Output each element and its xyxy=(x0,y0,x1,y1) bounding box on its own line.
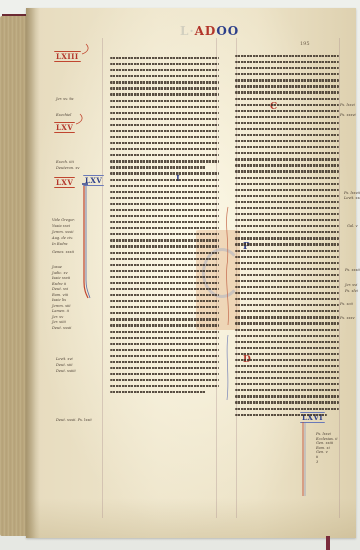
folio-number: 195 xyxy=(300,41,310,47)
marginal-gloss: Ezechiel xyxy=(56,113,71,118)
text-line xyxy=(235,85,339,87)
text-line xyxy=(235,189,339,191)
left-bottom-gloss: Deut. xxxii. Ps. lxxii xyxy=(56,418,92,423)
text-line xyxy=(110,245,219,247)
text-line xyxy=(110,215,219,217)
text-line xyxy=(235,292,339,294)
text-line xyxy=(235,298,339,300)
text-line xyxy=(110,81,219,83)
text-line xyxy=(110,142,219,144)
text-line xyxy=(110,154,219,156)
marginal-gloss: Jer. xvi xyxy=(345,283,357,288)
text-line xyxy=(110,343,219,345)
text-line xyxy=(110,63,219,65)
marginal-gloss: Vide Gregor. xyxy=(52,218,75,223)
text-line xyxy=(235,146,339,148)
text-line xyxy=(235,79,339,81)
gutter-shadow xyxy=(26,8,40,538)
text-line xyxy=(235,73,339,75)
text-line xyxy=(235,122,339,124)
text-line xyxy=(110,258,219,260)
text-line xyxy=(110,75,219,77)
text-line xyxy=(235,401,339,403)
marginal-gloss: Esdre ii xyxy=(52,282,66,287)
marginal-gloss: Deut. xxiiii xyxy=(56,369,76,374)
text-line xyxy=(235,152,339,154)
text-line xyxy=(235,353,339,355)
text-line xyxy=(235,286,339,288)
text-line xyxy=(110,69,219,71)
text-line xyxy=(235,365,339,367)
blue-red-border-flourish-icon xyxy=(300,420,308,500)
text-line xyxy=(110,221,219,223)
text-line xyxy=(110,318,219,320)
text-line xyxy=(235,231,339,233)
text-line xyxy=(235,310,339,312)
text-line xyxy=(110,331,219,333)
right-bottom-marginal-note: Ps. lxxviEcclesias. iiGen. xxiiiRom. xiG… xyxy=(316,432,338,464)
text-line xyxy=(110,312,219,314)
text-line xyxy=(235,250,339,252)
penwork-initial-flourish-icon xyxy=(76,182,96,302)
chapter-number-lxv: LXV xyxy=(54,177,75,188)
text-line xyxy=(235,183,339,185)
text-line xyxy=(235,316,339,318)
marginal-gloss: Deut. xxxii xyxy=(52,326,71,331)
marginal-gloss: Ps. lxxvi xyxy=(340,103,355,108)
marginal-gloss: Isaie lix xyxy=(52,298,66,303)
text-line xyxy=(110,276,219,278)
text-line xyxy=(235,395,339,397)
text-line xyxy=(235,67,339,69)
text-line xyxy=(110,337,219,339)
text-line xyxy=(235,207,339,209)
text-line xyxy=(110,118,219,120)
marginal-gloss: Jerem. xxxii xyxy=(52,230,73,235)
text-line xyxy=(235,243,339,245)
marginal-gloss: Rom. viii xyxy=(52,293,68,298)
text-line xyxy=(110,252,219,254)
running-header: L·ADOO xyxy=(180,24,239,38)
text-line xyxy=(235,359,339,361)
text-line xyxy=(110,361,219,363)
text-line xyxy=(235,195,339,197)
text-line xyxy=(110,264,219,266)
text-line xyxy=(235,280,339,282)
text-line xyxy=(110,112,219,114)
red-flourish-icon xyxy=(74,112,88,126)
marginal-gloss: Josue xyxy=(52,265,62,270)
marginal-gloss: Ps. xxxiii xyxy=(345,268,360,273)
text-line xyxy=(110,160,219,162)
text-line xyxy=(110,355,219,357)
text-line xyxy=(235,177,339,179)
text-line xyxy=(110,324,219,326)
book-fore-edge xyxy=(0,16,28,536)
text-line xyxy=(235,110,339,112)
header-blue-letters: OO xyxy=(216,24,239,38)
marginal-gloss: Ezech. iiii xyxy=(56,160,74,165)
text-line xyxy=(235,213,339,215)
text-line xyxy=(110,379,219,381)
leaf-lower-shading xyxy=(26,498,356,538)
marginal-gloss: Ps. xxxv xyxy=(340,316,355,321)
ruling-line xyxy=(102,38,103,518)
marginal-gloss: Ysaia xxvi xyxy=(52,224,70,229)
text-line xyxy=(235,116,339,118)
text-line xyxy=(110,106,219,108)
text-line xyxy=(235,371,339,373)
text-line xyxy=(235,268,339,270)
marginal-gloss: Deut. xiii xyxy=(56,363,73,368)
text-line xyxy=(110,179,219,181)
red-flourish-icon xyxy=(80,42,94,56)
marginal-gloss: Gal. v xyxy=(347,224,357,229)
text-line xyxy=(235,274,339,276)
text-line xyxy=(235,134,339,136)
text-line xyxy=(235,55,339,57)
text-line xyxy=(110,233,219,235)
marginal-gloss: Judic. xv xyxy=(52,271,68,276)
text-line xyxy=(235,408,339,410)
text-line xyxy=(110,349,219,351)
marginal-gloss: Jer. xiiii xyxy=(52,320,66,325)
marginal-gloss: Isaie xxvii xyxy=(52,276,70,281)
text-line xyxy=(110,197,219,199)
ribbon-marker xyxy=(326,536,330,550)
header-red-letters: AD xyxy=(195,24,217,38)
text-line xyxy=(110,367,219,369)
text-line xyxy=(110,130,219,132)
text-line xyxy=(235,347,339,349)
chapter-number-lxiii: LXIII xyxy=(54,51,81,62)
text-line xyxy=(235,164,339,166)
text-line xyxy=(110,136,219,138)
text-line xyxy=(235,389,339,391)
text-line xyxy=(110,100,219,102)
text-line xyxy=(235,329,339,331)
text-line xyxy=(110,300,219,302)
text-line xyxy=(235,140,339,142)
marginal-gloss: Jer. xv. 9a xyxy=(56,97,74,102)
text-line xyxy=(110,209,219,211)
text-line xyxy=(235,201,339,203)
text-line xyxy=(110,391,206,393)
marginal-gloss: Levit. xvi xyxy=(56,357,73,362)
marginal-gloss: In Esdra xyxy=(52,242,68,247)
text-line xyxy=(235,335,339,337)
marginal-gloss: Ps. xxxvi xyxy=(340,113,356,118)
text-line xyxy=(235,377,339,379)
text-line xyxy=(235,219,339,221)
text-line xyxy=(110,57,219,59)
text-line xyxy=(235,414,327,416)
text-line xyxy=(110,270,219,272)
text-line xyxy=(235,158,339,160)
text-line xyxy=(235,104,339,106)
marginal-gloss: Ps. xcii xyxy=(340,302,353,307)
text-line xyxy=(235,225,339,227)
text-line xyxy=(110,87,219,89)
text-line xyxy=(235,304,339,306)
text-line xyxy=(235,237,339,239)
marginal-gloss: Jerem. xiii xyxy=(52,304,71,309)
text-line xyxy=(110,203,219,205)
text-line xyxy=(110,124,219,126)
text-line xyxy=(110,93,219,95)
text-line xyxy=(235,98,339,100)
text-line xyxy=(235,341,339,343)
text-line xyxy=(110,172,219,174)
text-line xyxy=(110,385,219,387)
marginal-gloss: Jer. xv xyxy=(52,315,63,320)
text-line xyxy=(110,288,219,290)
text-line xyxy=(235,170,339,172)
text-line xyxy=(110,294,219,296)
text-line xyxy=(235,256,339,258)
marginal-gloss: Deut. xvi xyxy=(52,287,68,292)
text-line xyxy=(110,185,219,187)
column-divider-penwork-icon xyxy=(222,205,234,405)
text-line xyxy=(110,166,206,168)
marginal-gloss: Aug. de civ. xyxy=(52,236,73,241)
text-line xyxy=(110,282,219,284)
text-line xyxy=(235,322,339,324)
marginal-note-line: 3 xyxy=(316,460,338,465)
text-line xyxy=(110,306,219,308)
text-column-left xyxy=(110,57,219,397)
text-line xyxy=(235,61,339,63)
ruling-line xyxy=(339,38,340,518)
text-line xyxy=(110,239,219,241)
marginal-gloss: Levit. xxii xyxy=(344,196,360,201)
text-line xyxy=(235,128,339,130)
text-line xyxy=(110,227,219,229)
text-line xyxy=(110,191,219,193)
text-line xyxy=(110,373,219,375)
chapter-number-lxv-margin: LXV xyxy=(54,122,75,133)
marginal-gloss: Genes. xxxii xyxy=(52,250,74,255)
text-line xyxy=(235,262,339,264)
text-line xyxy=(235,91,339,93)
text-line xyxy=(235,383,339,385)
marginal-gloss: Lamen. ii xyxy=(52,309,69,314)
marginal-gloss: Deuteron. xv xyxy=(56,166,79,171)
marginal-gloss: Ps. xlvi xyxy=(345,289,358,294)
text-column-right xyxy=(235,55,339,420)
text-line xyxy=(110,148,219,150)
